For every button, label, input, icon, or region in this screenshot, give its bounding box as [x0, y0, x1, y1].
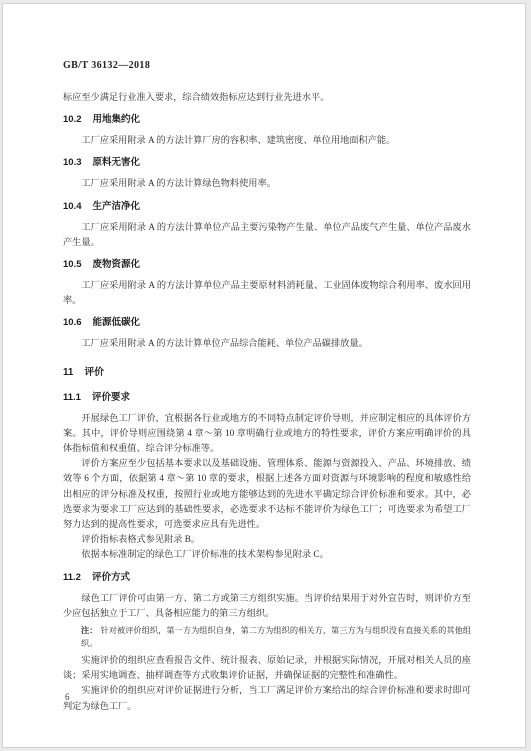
section-10-3-body: 工厂应采用附录 A 的方法计算绿色物料使用率。	[63, 176, 471, 191]
section-10-6-body: 工厂应采用附录 A 的方法计算单位产品综合能耗、单位产品碳排放量。	[63, 336, 471, 351]
section-11-1-paragraph-1: 开展绿色工厂评价，宜根据各行业或地方的不同特点制定评价导则，并应制定相应的具体评…	[63, 411, 471, 457]
section-number: 10.6	[63, 317, 82, 328]
section-title: 能源低碳化	[93, 317, 141, 328]
section-title: 生产洁净化	[93, 201, 141, 212]
section-number: 10.2	[63, 114, 82, 125]
section-11-1-paragraph-3: 评价指标表格式参见附录 B。	[63, 532, 471, 547]
standard-code-header: GB/T 36132—2018	[63, 60, 471, 72]
section-number: 11.1	[63, 392, 81, 403]
chapter-heading-11: 11评价	[63, 366, 471, 379]
document-page: GB/T 36132—2018 标应至少满足行业准入要求，综合绩效指标应达到行业…	[2, 3, 526, 748]
section-number: 10.5	[63, 259, 82, 270]
page-number: 6	[65, 691, 70, 703]
note-text: 针对被评价组织，第一方为组织自身，第二方为组织的相关方，第三方为与组织没有直接关…	[81, 626, 471, 648]
section-11-2-paragraph-1: 绿色工厂评价可由第一方、第二方或第三方组织实施。当评价结果用于对外宣告时，则评价…	[63, 591, 471, 621]
section-heading-11-1: 11.1评价要求	[63, 391, 471, 404]
chapter-number: 11	[63, 367, 73, 378]
section-title: 原料无害化	[93, 157, 141, 168]
section-heading-10-5: 10.5废物资源化	[63, 258, 471, 271]
chapter-title: 评价	[84, 367, 104, 378]
section-number: 10.3	[63, 157, 82, 168]
document-viewer: GB/T 36132—2018 标应至少满足行业准入要求，综合绩效指标应达到行业…	[0, 0, 531, 751]
section-11-2-paragraph-2: 实施评价的组织应查看报告文件、统计报表、原始记录，并根据实际情况，开展对相关人员…	[63, 653, 471, 683]
section-10-5-body: 工厂应采用附录 A 的方法计算单位产品主要原材料消耗量、工业固体废物综合利用率、…	[63, 278, 471, 308]
section-heading-10-3: 10.3原料无害化	[63, 156, 471, 169]
section-11-2-paragraph-3: 实施评价的组织应对评价证据进行分析，当工厂满足评价方案给出的综合评价标准和要求时…	[63, 683, 471, 713]
section-heading-10-6: 10.6能源低碳化	[63, 316, 471, 329]
note: 注：针对被评价组织，第一方为组织自身，第二方为组织的相关方，第三方为与组织没有直…	[63, 624, 471, 650]
section-heading-11-2: 11.2评价方式	[63, 571, 471, 584]
section-heading-10-2: 10.2用地集约化	[63, 113, 471, 126]
section-number: 10.4	[63, 201, 82, 212]
section-title: 评价要求	[92, 392, 130, 403]
note-label: 注：	[81, 626, 97, 635]
section-heading-10-4: 10.4生产洁净化	[63, 200, 471, 213]
section-10-4-body: 工厂应采用附录 A 的方法计算单位产品主要污染物产生量、单位产品废气产生量、单位…	[63, 220, 471, 250]
section-11-1-paragraph-2: 评价方案应至少包括基本要求以及基础设施、管理体系、能源与资源投入、产品、环境排放…	[63, 456, 471, 532]
section-11-1-paragraph-4: 依据本标准制定的绿色工厂评价标准的技术架构参见附录 C。	[63, 547, 471, 562]
section-title: 用地集约化	[93, 114, 141, 125]
section-title: 废物资源化	[93, 259, 141, 270]
section-number: 11.2	[63, 572, 81, 583]
section-title: 评价方式	[92, 572, 130, 583]
continuation-paragraph: 标应至少满足行业准入要求，综合绩效指标应达到行业先进水平。	[63, 90, 471, 105]
section-10-2-body: 工厂应采用附录 A 的方法计算厂房的容积率、建筑密度、单位用地面积产能。	[63, 133, 471, 148]
